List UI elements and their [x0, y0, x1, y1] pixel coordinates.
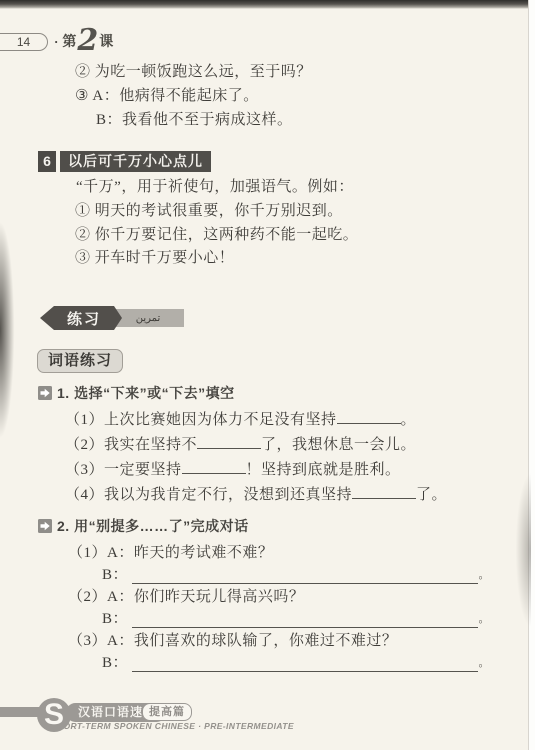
fill-in-item: （2）我实在坚持不了，我想休息一会儿。 — [65, 435, 416, 455]
header-dot: · — [54, 34, 58, 50]
series-logo: S — [37, 698, 71, 732]
dialog-b-line: B： 。 — [102, 610, 490, 628]
section-number: 6 — [38, 151, 56, 172]
exercise1-title: 1. 选择“下来”或“下去”填空 — [57, 383, 235, 403]
example-item: ② 为吃一顿饭跑这么远，至于吗？ — [75, 63, 312, 82]
example-sentence: ② 你千万要记住，这两种药不能一起吃。 — [75, 226, 358, 245]
page-number-pill: 14 — [0, 33, 48, 51]
exercises-label-cn: 练习 — [61, 308, 101, 329]
answer-blank — [132, 569, 477, 584]
fill-blank — [197, 435, 261, 449]
textbook-page: 14 · 第 2 课 ② 为吃一顿饭跑这么远，至于吗？ ③ A：他病得不能起床了… — [0, 0, 535, 750]
logo-letter: S — [44, 700, 64, 730]
series-title-english: HORT-TERM SPOKEN CHINESE · PRE-INTERMEDI… — [57, 721, 294, 731]
word-practice-label: 词语练习 — [37, 349, 123, 373]
footer-dot: · — [133, 704, 137, 720]
arrow-icon — [38, 386, 52, 400]
fill-in-item: （4）我以为我肯定不行，没想到还真坚持了。 — [65, 485, 447, 505]
scan-top-edge — [0, 0, 535, 9]
page-number: 14 — [17, 35, 30, 49]
example-item: B：我看他不至于病成这样。 — [96, 111, 293, 130]
dialog-b-line: B： 。 — [102, 654, 490, 672]
example-item: ③ A：他病得不能起床了。 — [75, 87, 259, 106]
exercise1-heading: 1. 选择“下来”或“下去”填空 — [38, 383, 235, 403]
exercise2-heading: 2. 用“别提多……了”完成对话 — [38, 516, 249, 536]
exercise2-title: 2. 用“别提多……了”完成对话 — [57, 516, 249, 536]
dialog-b-line: B： 。 — [102, 566, 490, 584]
fill-blank — [337, 410, 401, 424]
answer-blank — [132, 613, 477, 628]
lesson-number: 2 — [77, 28, 98, 54]
fill-blank — [352, 485, 416, 499]
fill-in-item: （1）上次比赛她因为体力不足没有坚持。 — [65, 410, 416, 430]
example-sentence: ③ 开车时千万要小心！ — [75, 249, 234, 268]
fill-blank — [182, 460, 246, 474]
level-pill: 提高篇 — [142, 703, 192, 721]
grammar-note: “千万”，用于祈使句，加强语气。例如： — [76, 178, 354, 197]
section-6-header: 6 以后可千万小心点儿 — [38, 151, 211, 172]
page-header: 14 · 第 2 课 — [0, 24, 113, 54]
dialog-a-line: （3）A：我们喜欢的球队输了，你难过不难过？ — [68, 632, 397, 651]
example-sentence: ① 明天的考试很重要，你千万别迟到。 — [75, 202, 343, 221]
arrow-icon — [38, 519, 52, 533]
exercises-label-arabic: تمرين — [128, 313, 160, 324]
exercises-banner: 练习 — [40, 306, 122, 330]
section-title: 以后可千万小心点儿 — [60, 151, 211, 172]
lesson-suffix: 课 — [99, 31, 113, 51]
scan-right-shadow — [501, 440, 531, 660]
dialog-a-line: （2）A：你们昨天玩儿得高兴吗？ — [68, 588, 304, 607]
answer-blank — [132, 657, 477, 672]
dialog-a-line: （1）A：昨天的考试难不难？ — [68, 544, 273, 563]
lesson-prefix: 第 — [62, 31, 76, 51]
fill-in-item: （3）一定要坚持！坚持到底就是胜利。 — [65, 460, 401, 480]
binding-shadow — [0, 200, 22, 460]
